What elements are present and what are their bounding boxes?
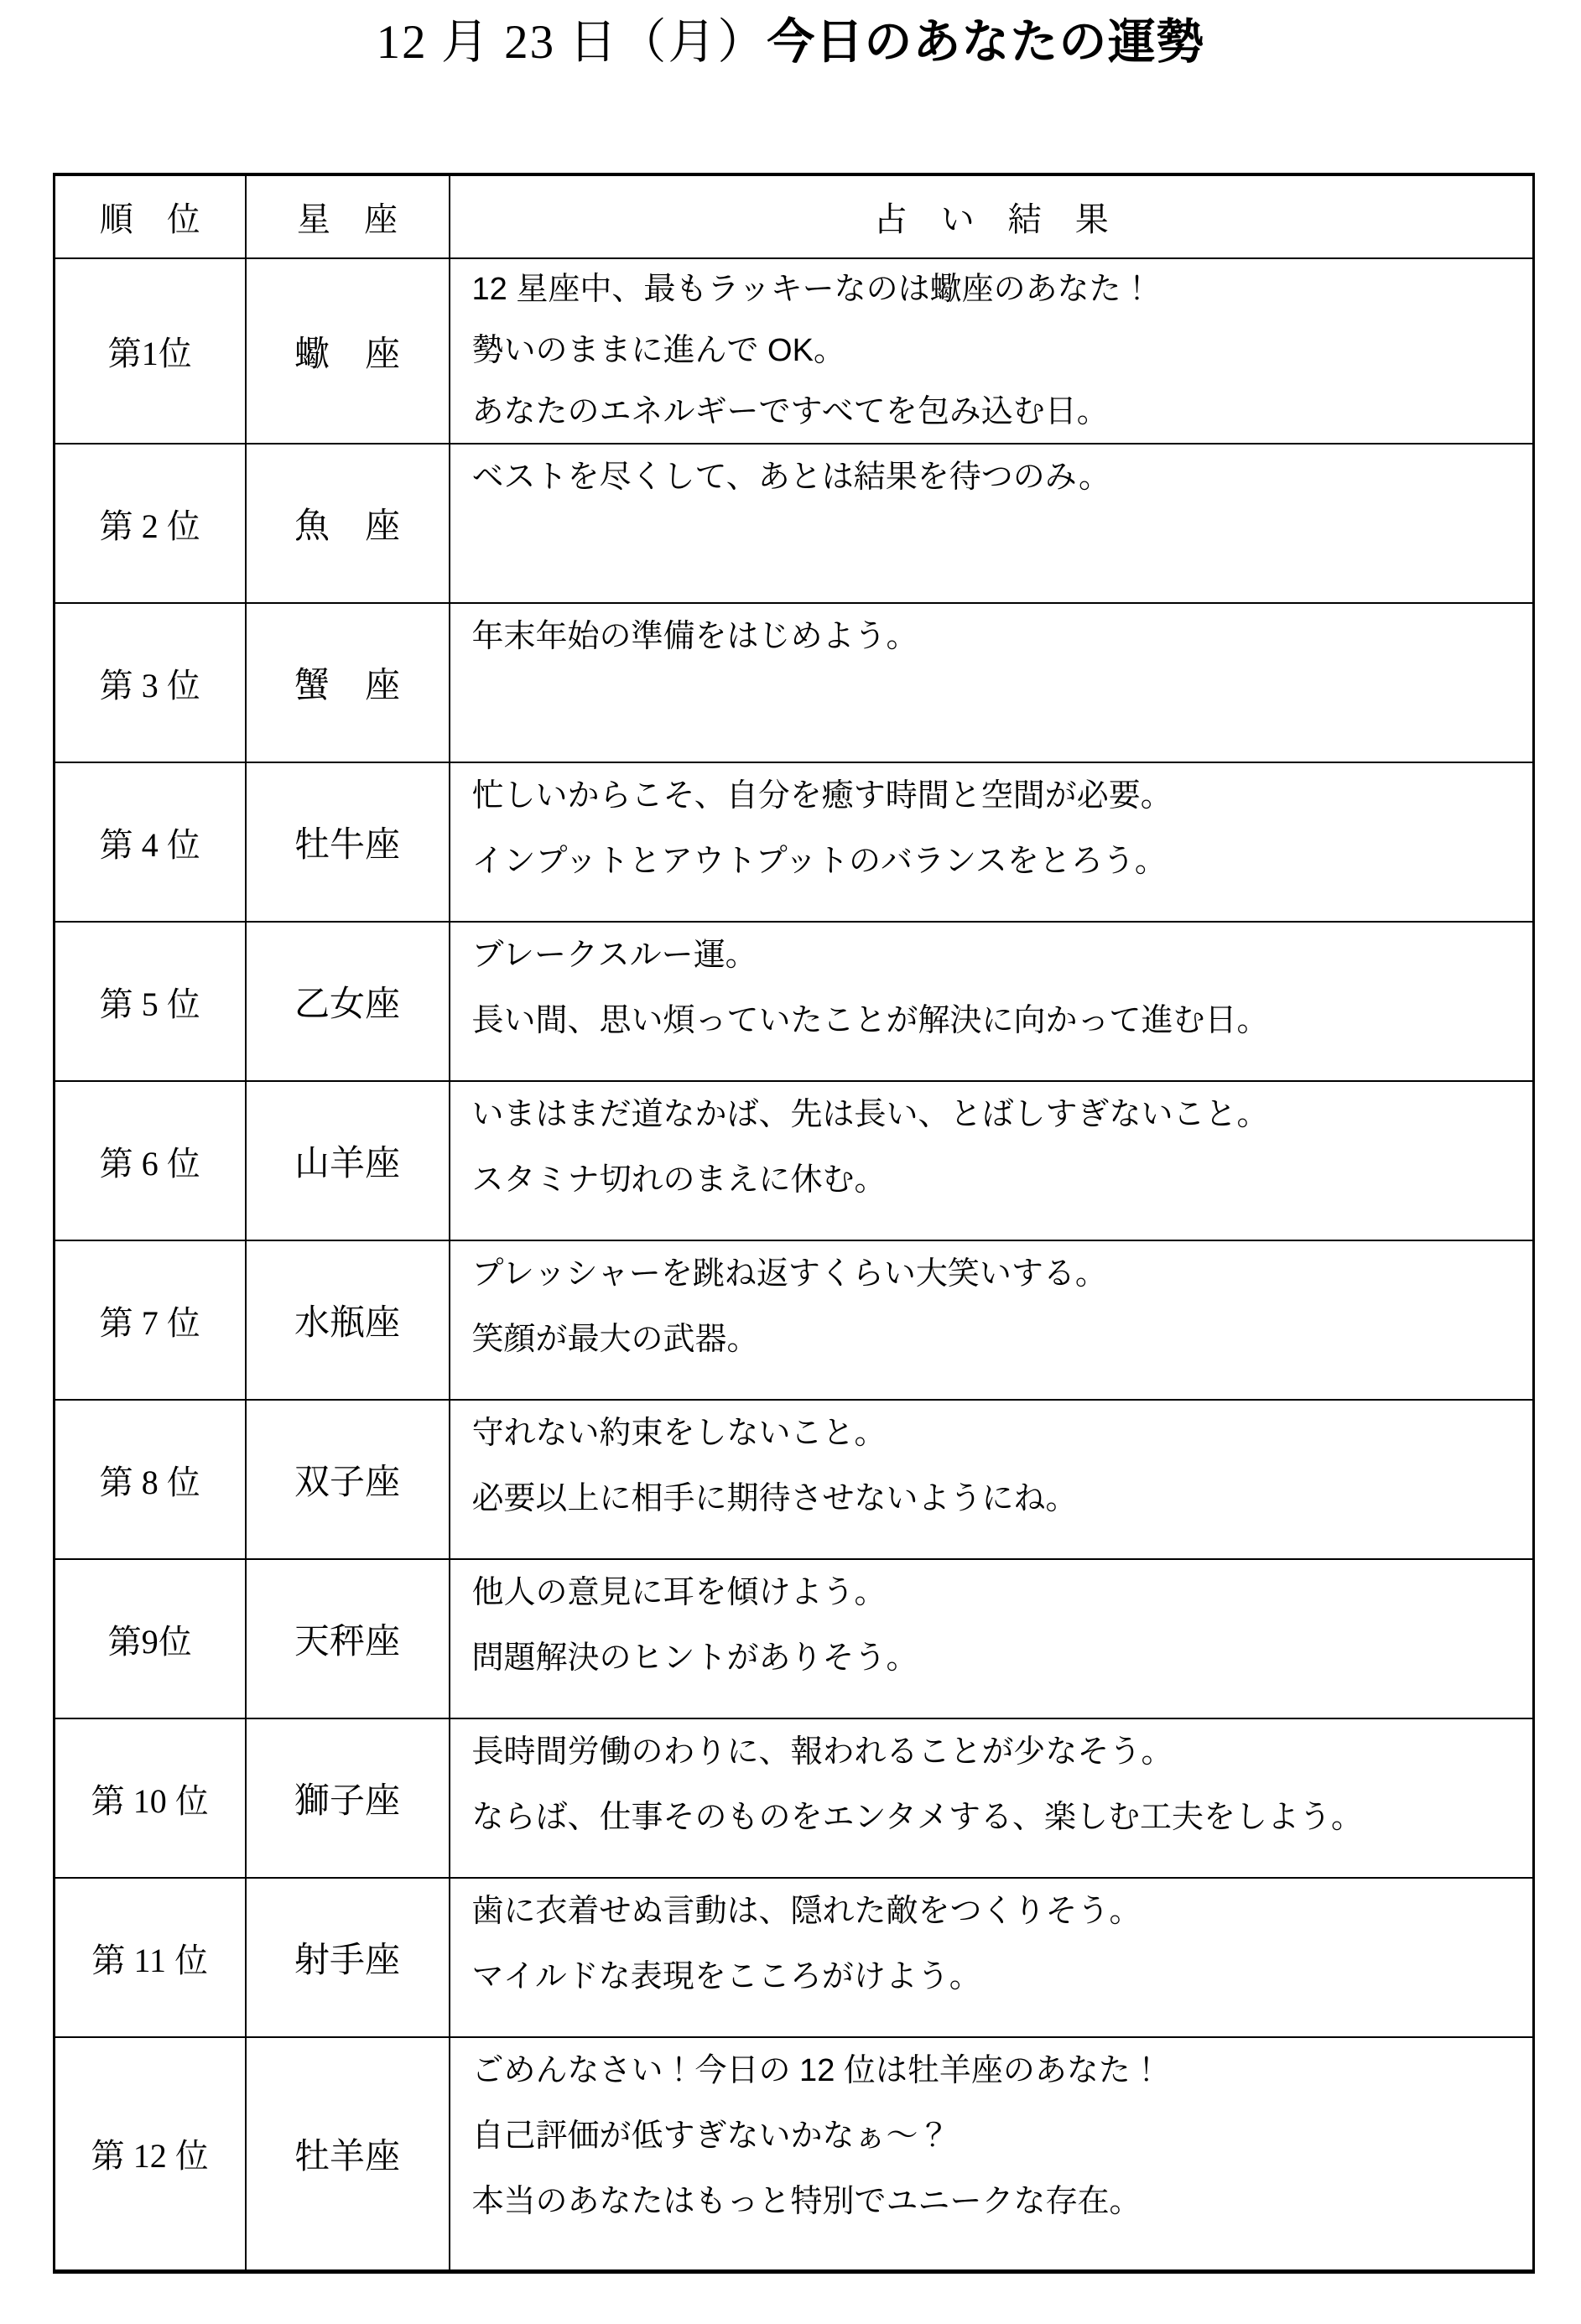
result-line: 忙しいからこそ、自分を癒す時間と空間が必要。: [472, 763, 1521, 829]
sign-cell: 山羊座: [246, 1081, 450, 1240]
table-row: 第 10 位 獅子座 長時間労働のわりに、報われることが少なそう。ならば、仕事そ…: [55, 1718, 1534, 1878]
sign-cell: 牡羊座: [246, 2037, 450, 2271]
table-row: 第 6 位 山羊座 いまはまだ道なかば、先は長い、とばしすぎないこと。スタミナ切…: [55, 1081, 1534, 1240]
rank-cell: 第 7 位: [55, 1240, 246, 1400]
table-row: 第 12 位 牡羊座 ごめんなさい！今日の 12 位は牡羊座のあなた！自己評価が…: [55, 2037, 1534, 2271]
result-cell: いまはまだ道なかば、先は長い、とばしすぎないこと。スタミナ切れのまえに休む。: [450, 1081, 1534, 1240]
header-result: 占 い 結 果: [450, 174, 1534, 258]
result-line: 長い間、思い煩っていたことが解決に向かって進む日。: [472, 988, 1521, 1053]
rank-cell: 第9位: [55, 1559, 246, 1718]
rank-cell: 第 5 位: [55, 922, 246, 1081]
result-line: 歯に衣着せぬ言動は、隠れた敵をつくりそう。: [472, 1879, 1521, 1944]
rank-cell: 第1位: [55, 258, 246, 444]
page-title: 12 月 23 日（月）今日のあなたの運勢: [0, 8, 1581, 76]
sign-cell: 蟹 座: [246, 603, 450, 762]
result-cell: ごめんなさい！今日の 12 位は牡羊座のあなた！自己評価が低すぎないかなぁ～？本…: [450, 2037, 1534, 2271]
sign-cell: 天秤座: [246, 1559, 450, 1718]
fortune-table: 順 位 星 座 占 い 結 果 第1位 蠍 座 12 星座中、最もラッキーなのは…: [53, 173, 1535, 2274]
result-line: 必要以上に相手に期待させないようにね。: [472, 1466, 1521, 1531]
result-line: いまはまだ道なかば、先は長い、とばしすぎないこと。: [472, 1082, 1521, 1147]
sign-cell: 双子座: [246, 1400, 450, 1559]
result-line: インプットとアウトプットのバランスをとろう。: [472, 829, 1521, 894]
rank-cell: 第 10 位: [55, 1718, 246, 1878]
result-line: あなたのエネルギーですべてを包み込む日。: [472, 382, 1521, 443]
result-line: ベストを尽くして、あとは結果を待つのみ。: [472, 445, 1521, 510]
rank-cell: 第 6 位: [55, 1081, 246, 1240]
table-header-row: 順 位 星 座 占 い 結 果: [55, 174, 1534, 258]
table-row: 第 4 位 牡牛座 忙しいからこそ、自分を癒す時間と空間が必要。インプットとアウ…: [55, 762, 1534, 922]
header-rank: 順 位: [55, 174, 246, 258]
result-line: 守れない約束をしないこと。: [472, 1401, 1521, 1466]
table-row: 第 2 位 魚 座 ベストを尽くして、あとは結果を待つのみ。: [55, 444, 1534, 603]
rank-cell: 第 4 位: [55, 762, 246, 922]
result-line: ならば、仕事そのものをエンタメする、楽しむ工夫をしよう。: [472, 1785, 1521, 1850]
table-row: 第 5 位 乙女座 ブレークスルー運。長い間、思い煩っていたことが解決に向かって…: [55, 922, 1534, 1081]
result-cell: 歯に衣着せぬ言動は、隠れた敵をつくりそう。マイルドな表現をこころがけよう。: [450, 1878, 1534, 2037]
result-line: 本当のあなたはもっと特別でユニークな存在。: [472, 2169, 1521, 2234]
result-line: マイルドな表現をこころがけよう。: [472, 1944, 1521, 2009]
result-cell: ブレークスルー運。長い間、思い煩っていたことが解決に向かって進む日。: [450, 922, 1534, 1081]
table-body: 第1位 蠍 座 12 星座中、最もラッキーなのは蠍座のあなた！勢いのままに進んで…: [55, 258, 1534, 2271]
result-cell: 他人の意見に耳を傾けよう。問題解決のヒントがありそう。: [450, 1559, 1534, 1718]
result-line: 問題解決のヒントがありそう。: [472, 1625, 1521, 1691]
result-line: 12 星座中、最もラッキーなのは蠍座のあなた！: [472, 259, 1521, 320]
rank-cell: 第 3 位: [55, 603, 246, 762]
sign-cell: 射手座: [246, 1878, 450, 2037]
result-cell: 長時間労働のわりに、報われることが少なそう。ならば、仕事そのものをエンタメする、…: [450, 1718, 1534, 1878]
rank-cell: 第 8 位: [55, 1400, 246, 1559]
title-date: 12 月 23 日（月）: [377, 16, 767, 69]
result-line: 勢いのままに進んで OK。: [472, 320, 1521, 382]
sign-cell: 魚 座: [246, 444, 450, 603]
header-sign: 星 座: [246, 174, 450, 258]
result-line: ブレークスルー運。: [472, 923, 1521, 988]
result-line: 長時間労働のわりに、報われることが少なそう。: [472, 1719, 1521, 1785]
result-line: ごめんなさい！今日の 12 位は牡羊座のあなた！: [472, 2038, 1521, 2103]
table-row: 第 11 位 射手座 歯に衣着せぬ言動は、隠れた敵をつくりそう。マイルドな表現を…: [55, 1878, 1534, 2037]
result-line: 他人の意見に耳を傾けよう。: [472, 1560, 1521, 1625]
sign-cell: 獅子座: [246, 1718, 450, 1878]
result-line: 年末年始の準備をはじめよう。: [472, 604, 1521, 669]
table-row: 第 7 位 水瓶座 プレッシャーを跳ね返すくらい大笑いする。笑顔が最大の武器。: [55, 1240, 1534, 1400]
sign-cell: 蠍 座: [246, 258, 450, 444]
sign-cell: 水瓶座: [246, 1240, 450, 1400]
result-cell: 12 星座中、最もラッキーなのは蠍座のあなた！勢いのままに進んで OK。あなたの…: [450, 258, 1534, 444]
result-line: 笑顔が最大の武器。: [472, 1307, 1521, 1372]
table-row: 第 8 位 双子座 守れない約束をしないこと。必要以上に相手に期待させないように…: [55, 1400, 1534, 1559]
result-cell: ベストを尽くして、あとは結果を待つのみ。: [450, 444, 1534, 603]
title-main: 今日のあなたの運勢: [767, 15, 1204, 69]
result-cell: 守れない約束をしないこと。必要以上に相手に期待させないようにね。: [450, 1400, 1534, 1559]
sign-cell: 乙女座: [246, 922, 450, 1081]
sign-cell: 牡牛座: [246, 762, 450, 922]
rank-cell: 第 2 位: [55, 444, 246, 603]
result-cell: プレッシャーを跳ね返すくらい大笑いする。笑顔が最大の武器。: [450, 1240, 1534, 1400]
table-row: 第1位 蠍 座 12 星座中、最もラッキーなのは蠍座のあなた！勢いのままに進んで…: [55, 258, 1534, 444]
table-row: 第 3 位 蟹 座 年末年始の準備をはじめよう。: [55, 603, 1534, 762]
result-cell: 年末年始の準備をはじめよう。: [450, 603, 1534, 762]
result-cell: 忙しいからこそ、自分を癒す時間と空間が必要。インプットとアウトプットのバランスを…: [450, 762, 1534, 922]
result-line: プレッシャーを跳ね返すくらい大笑いする。: [472, 1241, 1521, 1307]
rank-cell: 第 12 位: [55, 2037, 246, 2271]
rank-cell: 第 11 位: [55, 1878, 246, 2037]
table-row: 第9位 天秤座 他人の意見に耳を傾けよう。問題解決のヒントがありそう。: [55, 1559, 1534, 1718]
result-line: スタミナ切れのまえに休む。: [472, 1147, 1521, 1213]
result-line: 自己評価が低すぎないかなぁ～？: [472, 2103, 1521, 2169]
